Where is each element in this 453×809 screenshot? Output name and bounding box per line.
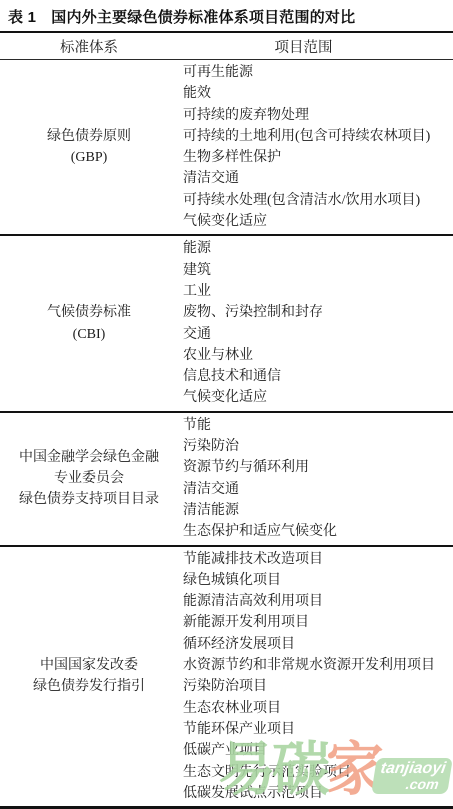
standard-name-committee: 中国金融学会绿色金融 专业委员会 绿色债券支持项目目录 — [0, 415, 178, 543]
standard-name-gbp: 绿色债券原则 (GBP) — [0, 62, 178, 232]
document-page: 表 1 国内外主要绿色债券标准体系项目范围的对比 标准体系 项目范围 绿色债券原… — [0, 0, 453, 809]
table-header-row: 标准体系 项目范围 — [0, 33, 453, 60]
col-header-project-scope: 项目范围 — [178, 36, 453, 57]
standard-line: 专业委员会 — [54, 468, 124, 489]
scope-item: 清洁交通 — [183, 168, 453, 189]
scope-item: 清洁交通 — [183, 479, 453, 500]
scope-item: 低碳产业项目 — [183, 740, 453, 761]
scope-item: 清洁能源 — [183, 500, 453, 521]
scope-item: 气候变化适应 — [183, 211, 453, 232]
scope-item: 生态文明先行示范实验项目 — [183, 762, 453, 783]
table-row-gbp: 绿色债券原则 (GBP) 可再生能源 能效 可持续的废弃物处理 可持续的土地利用… — [0, 60, 453, 236]
scope-item: 生物多样性保护 — [183, 147, 453, 168]
standard-line: 气候债券标准 — [47, 302, 131, 323]
standard-line: 中国金融学会绿色金融 — [19, 447, 159, 468]
scope-item: 能效 — [183, 83, 453, 104]
scope-item: 信息技术和通信 — [183, 366, 453, 387]
scope-item: 可持续水处理(包含清洁水/饮用水项目) — [183, 190, 453, 211]
standard-name-cbi: 气候债券标准 (CBI) — [0, 238, 178, 408]
scope-item: 交通 — [183, 324, 453, 345]
table-caption: 表 1 国内外主要绿色债券标准体系项目范围的对比 — [0, 0, 453, 31]
table-row-cbi: 气候债券标准 (CBI) 能源 建筑 工业 废物、污染控制和封存 交通 农业与林… — [0, 236, 453, 412]
scope-item: 能源 — [183, 238, 453, 259]
standard-line: 绿色债券发行指引 — [33, 676, 145, 697]
scope-item: 可再生能源 — [183, 62, 453, 83]
scope-item: 污染防治项目 — [183, 676, 453, 697]
scope-item: 低碳发展试点示范项目 — [183, 783, 453, 804]
table-row-green-finance-committee: 中国金融学会绿色金融 专业委员会 绿色债券支持项目目录 节能 污染防治 资源节约… — [0, 413, 453, 547]
scope-list-cbi: 能源 建筑 工业 废物、污染控制和封存 交通 农业与林业 信息技术和通信 气候变… — [178, 238, 453, 408]
scope-item: 建筑 — [183, 260, 453, 281]
scope-item: 节能减排技术改造项目 — [183, 549, 453, 570]
scope-item: 资源节约与循环利用 — [183, 457, 453, 478]
standard-line: 绿色债券支持项目目录 — [19, 489, 159, 510]
scope-item: 循环经济发展项目 — [183, 634, 453, 655]
scope-item: 农业与林业 — [183, 345, 453, 366]
scope-item: 污染防治 — [183, 436, 453, 457]
scope-item: 气候变化适应 — [183, 387, 453, 408]
scope-list-committee: 节能 污染防治 资源节约与循环利用 清洁交通 清洁能源 生态保护和适应气候变化 — [178, 415, 453, 543]
scope-item: 废物、污染控制和封存 — [183, 302, 453, 323]
scope-item: 能源清洁高效利用项目 — [183, 591, 453, 612]
standard-name-ndrc: 中国国家发改委 绿色债券发行指引 — [0, 549, 178, 805]
scope-item: 工业 — [183, 281, 453, 302]
scope-item: 节能环保产业项目 — [183, 719, 453, 740]
scope-list-gbp: 可再生能源 能效 可持续的废弃物处理 可持续的土地利用(包含可持续农林项目) 生… — [178, 62, 453, 232]
standard-line: 中国国家发改委 — [40, 655, 138, 676]
scope-item: 绿色城镇化项目 — [183, 570, 453, 591]
scope-item: 生态农林业项目 — [183, 698, 453, 719]
standard-line: 绿色债券原则 — [47, 126, 131, 147]
col-header-standard-system: 标准体系 — [0, 36, 178, 57]
scope-item: 水资源节约和非常规水资源开发利用项目 — [183, 655, 453, 676]
table-row-ndrc-guidelines: 中国国家发改委 绿色债券发行指引 节能减排技术改造项目 绿色城镇化项目 能源清洁… — [0, 547, 453, 807]
scope-item: 节能 — [183, 415, 453, 436]
standard-line: (CBI) — [73, 324, 106, 345]
standard-line: (GBP) — [71, 147, 108, 168]
scope-list-ndrc: 节能减排技术改造项目 绿色城镇化项目 能源清洁高效利用项目 新能源开发利用项目 … — [178, 549, 453, 805]
scope-item: 生态保护和适应气候变化 — [183, 521, 453, 542]
scope-item: 可持续的废弃物处理 — [183, 105, 453, 126]
scope-item: 新能源开发利用项目 — [183, 612, 453, 633]
scope-item: 可持续的土地利用(包含可持续农林项目) — [183, 126, 453, 147]
comparison-table: 标准体系 项目范围 绿色债券原则 (GBP) 可再生能源 能效 可持续的废弃物处… — [0, 31, 453, 809]
